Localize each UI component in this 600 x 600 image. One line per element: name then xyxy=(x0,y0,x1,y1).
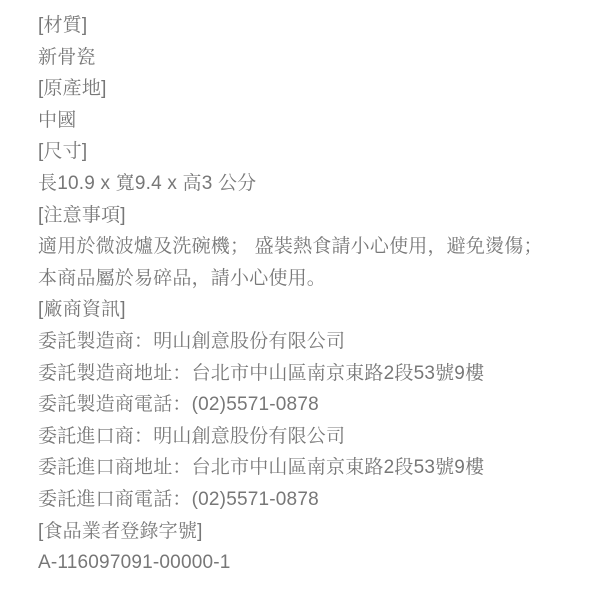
importer-phone: 委託進口商電話：(02)5571-0878 xyxy=(38,484,586,516)
material-value: 新骨瓷 xyxy=(38,42,586,74)
manufacturer-phone: 委託製造商電話：(02)5571-0878 xyxy=(38,389,586,421)
section-label-manufacturer-info: [廠商資訊] xyxy=(38,294,586,326)
importer-name: 委託進口商：明山創意股份有限公司 xyxy=(38,421,586,453)
notice-line-2: 本商品屬於易碎品，請小心使用。 xyxy=(38,263,586,295)
section-label-food-business-registration: [食品業者登錄字號] xyxy=(38,516,586,548)
dimensions-value: 長10.9 x 寬9.4 x 高3 公分 xyxy=(38,168,586,200)
food-business-registration-number: A-116097091-00000-1 xyxy=(38,547,586,579)
importer-address: 委託進口商地址：台北市中山區南京東路2段53號9樓 xyxy=(38,452,586,484)
section-label-origin: [原產地] xyxy=(38,73,586,105)
product-description-page: [材質] 新骨瓷 [原產地] 中國 [尺寸] 長10.9 x 寬9.4 x 高3… xyxy=(0,0,600,600)
origin-value: 中國 xyxy=(38,105,586,137)
manufacturer-address: 委託製造商地址：台北市中山區南京東路2段53號9樓 xyxy=(38,358,586,390)
section-label-notice: [注意事項] xyxy=(38,200,586,232)
notice-line-1: 適用於微波爐及洗碗機； 盛裝熱食請小心使用，避免燙傷； xyxy=(38,231,586,263)
manufacturer-name: 委託製造商：明山創意股份有限公司 xyxy=(38,326,586,358)
section-label-dimensions: [尺寸] xyxy=(38,136,586,168)
product-description-text-block: [材質] 新骨瓷 [原產地] 中國 [尺寸] 長10.9 x 寬9.4 x 高3… xyxy=(38,10,586,579)
section-label-material: [材質] xyxy=(38,10,586,42)
